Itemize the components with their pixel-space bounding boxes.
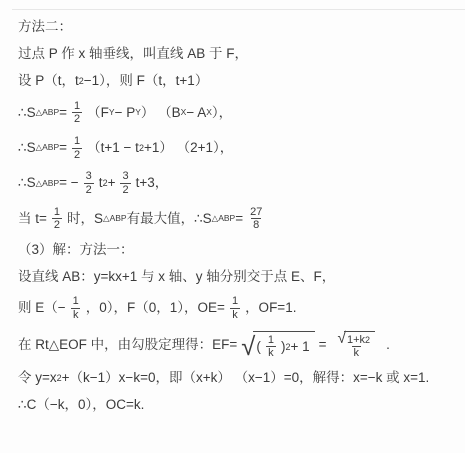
text-run: − P: [115, 104, 136, 122]
text-run: 1: [74, 100, 80, 112]
text-run: 1: [54, 206, 60, 218]
fraction-numerator: 1: [72, 100, 82, 113]
math-line-8: （3）解：方法一：: [18, 241, 459, 259]
text-run: =: [319, 336, 327, 354]
text-run: ∴S: [18, 104, 36, 122]
text-run: k: [354, 347, 360, 359]
math-line-4: ∴S△ABP=12（FY − PY） （BX − AX），: [18, 100, 459, 126]
fraction: √1+k2k: [332, 331, 382, 360]
square-root: √(1k)2 + 1: [241, 331, 314, 360]
text-run: 时，S: [67, 210, 103, 228]
math-line-2: 过点 P 作 x 轴垂线，叫直线 AB 于 F，: [18, 45, 459, 63]
math-line-6: ∴S△ABP= −32t2+32t+3，: [18, 170, 459, 196]
fraction-denominator: k: [71, 308, 81, 322]
text-run: =: [59, 139, 67, 157]
fraction-denominator: 2: [72, 112, 82, 126]
math-line-11: 在 Rt△EOF 中，由勾股定理得：EF=√(1k)2 + 1 =√1+k2k …: [18, 331, 459, 360]
text-run: ∴C（−k，0），OC=k.: [18, 396, 144, 414]
fraction: 278: [248, 206, 264, 232]
text-run: ） （B: [141, 104, 181, 122]
text-run: t+3，: [136, 174, 169, 192]
text-run: 设直线 AB：y=kx+1 与 x 轴、y 轴分别交于点 E、F，: [18, 268, 335, 286]
math-line-13: ∴C（−k，0），OC=k.: [18, 396, 459, 414]
fraction-numerator: √1+k2: [332, 331, 382, 347]
text-run: （3）解：方法一：: [18, 241, 134, 259]
text-run: 当 t=: [18, 210, 47, 228]
text-run: 2: [74, 149, 80, 161]
text-run: 2: [86, 184, 92, 196]
text-run: (: [256, 338, 261, 356]
text-run: 2: [74, 113, 80, 125]
radicand: 1+k2: [344, 331, 375, 347]
fraction-denominator: k: [352, 346, 362, 360]
fraction-denominator: 2: [120, 183, 130, 197]
text-run: 2: [122, 184, 128, 196]
text-run: 1: [73, 295, 79, 307]
fraction-denominator: 2: [84, 183, 94, 197]
radicand: (1k)2 + 1: [253, 331, 314, 360]
text-run: + 1: [291, 338, 310, 356]
text-run: ，0），F（0，1），OE=: [86, 299, 225, 317]
superscript: 2: [365, 335, 370, 345]
fraction-denominator: 2: [52, 218, 62, 232]
text-run: （F: [87, 104, 109, 122]
math-line-10: 则 E（−1k，0），F（0，1），OE=1k，OF=1.: [18, 295, 459, 321]
subscript: △ABP: [36, 107, 60, 118]
text-run: 1+k: [347, 334, 365, 347]
fraction-numerator: 1: [72, 135, 82, 148]
square-root: √1+k2: [338, 331, 376, 347]
fraction: 1k: [71, 295, 81, 321]
text-run: 1: [268, 334, 274, 346]
text-run: 8: [253, 219, 259, 231]
text-run: 方法二：: [18, 18, 72, 36]
text-run: 在 Rt△EOF 中，由勾股定理得：EF=: [18, 336, 237, 354]
text-run: .: [386, 336, 390, 354]
subscript: △ABP: [36, 142, 60, 153]
text-run: 则 E（−: [18, 299, 66, 317]
math-line-1: 方法二：: [18, 18, 459, 36]
fraction-numerator: 1: [266, 334, 276, 347]
text-run: 有最大值，∴S: [127, 210, 212, 228]
text-run: 3: [122, 170, 128, 182]
fraction: 32: [120, 170, 130, 196]
text-run: （t+1 − t: [87, 139, 139, 157]
fraction: 1k: [266, 334, 276, 360]
subscript: △ABP: [212, 213, 236, 224]
math-line-7: 当 t=12时，S△ABP 有最大值，∴S△ABP=278: [18, 206, 459, 232]
text-run: =: [59, 104, 67, 122]
text-run: +（k−1）x−k=0，即（x+k） （x−1）=0，解得：x=−k 或 x=1…: [62, 369, 430, 387]
text-run: 设 P（t，t: [18, 72, 79, 90]
text-run: −1），则 F（t，t+1）: [84, 72, 209, 90]
text-run: 过点 P 作 x 轴垂线，叫直线 AB 于 F，: [18, 45, 248, 63]
text-run: ∴S: [18, 174, 36, 192]
text-run: +: [108, 174, 116, 192]
fraction-denominator: 2: [72, 148, 82, 162]
math-content: 方法二：过点 P 作 x 轴垂线，叫直线 AB 于 F，设 P（t，t2−1），…: [18, 18, 459, 414]
text-run: 1: [232, 295, 238, 307]
fraction: 12: [52, 206, 62, 232]
fraction-denominator: k: [266, 346, 276, 360]
math-line-5: ∴S△ABP=12（t+1 − t2+1） （2+1），: [18, 135, 459, 161]
fraction-numerator: 1: [71, 295, 81, 308]
top-divider: [12, 9, 465, 10]
fraction-numerator: 3: [120, 170, 130, 183]
fraction-denominator: 8: [251, 218, 261, 232]
math-line-12: 令 y=x2+（k−1）x−k=0，即（x+k） （x−1）=0，解得：x=−k…: [18, 369, 459, 387]
text-run: 3: [86, 170, 92, 182]
fraction: 1k: [230, 295, 240, 321]
text-run: 1: [74, 135, 80, 147]
text-run: k: [232, 309, 238, 321]
fraction-numerator: 1: [230, 295, 240, 308]
math-line-3: 设 P（t，t2−1），则 F（t，t+1）: [18, 72, 459, 90]
text-run: k: [73, 309, 79, 321]
text-run: − A: [186, 104, 206, 122]
text-run: 2: [54, 219, 60, 231]
math-line-9: 设直线 AB：y=kx+1 与 x 轴、y 轴分别交于点 E、F，: [18, 268, 459, 286]
text-run: =: [235, 210, 243, 228]
subscript: △ABP: [103, 213, 127, 224]
text-run: ∴S: [18, 139, 36, 157]
text-run: 令 y=x: [18, 369, 57, 387]
text-run: ），: [212, 104, 232, 122]
fraction: 12: [72, 135, 82, 161]
fraction-numerator: 3: [84, 170, 94, 183]
text-run: ，OF=1.: [245, 299, 296, 317]
fraction-numerator: 1: [52, 206, 62, 219]
text-run: k: [268, 347, 274, 359]
fraction-numerator: 27: [248, 206, 264, 219]
fraction: 12: [72, 100, 82, 126]
text-run: = −: [59, 174, 79, 192]
fraction-denominator: k: [230, 308, 240, 322]
text-run: 27: [250, 206, 262, 218]
fraction: 32: [84, 170, 94, 196]
subscript: △ABP: [36, 178, 60, 189]
document-page: 方法二：过点 P 作 x 轴垂线，叫直线 AB 于 F，设 P（t，t2−1），…: [0, 0, 465, 453]
text-run: +1） （2+1），: [144, 139, 233, 157]
